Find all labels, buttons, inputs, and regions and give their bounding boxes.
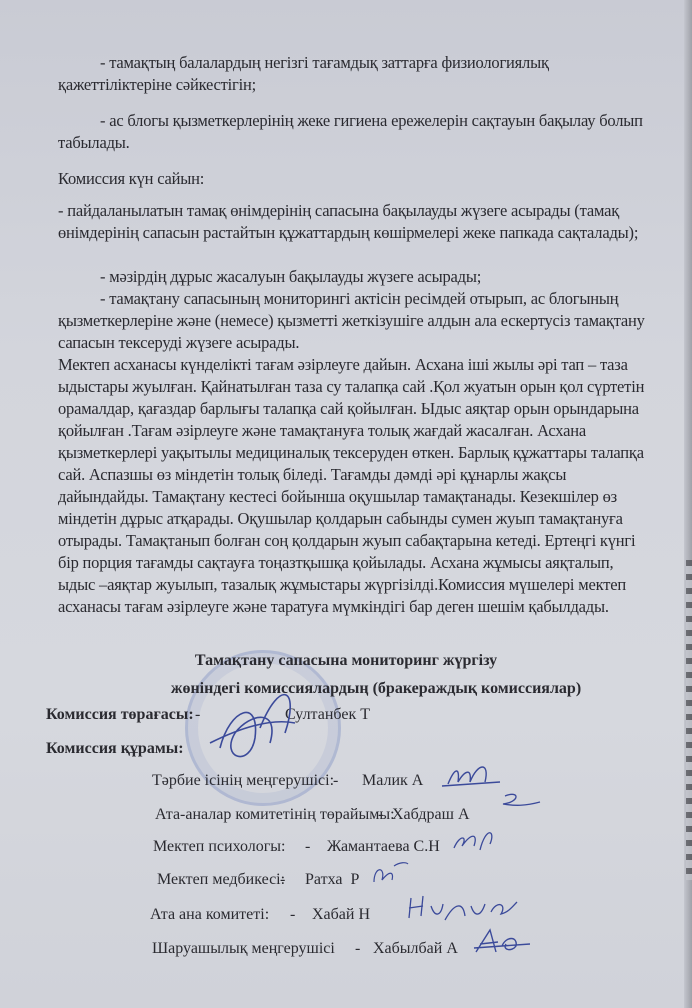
member-name: Хабай Н (312, 906, 370, 924)
member-dash: - (290, 906, 295, 924)
signature-icon (472, 926, 532, 958)
commission-title-line2: жөніндегі комиссиялардың (бракераждық ко… (30, 680, 692, 698)
commission-title-line1: Тамақтану сапасына мониторинг жүргізу (0, 652, 692, 670)
member-dash: - (355, 940, 360, 958)
members-label: Комиссия құрамы: (46, 740, 184, 758)
signature-icon (450, 826, 500, 856)
member-role: Тәрбие ісінің меңгерушісі: (152, 772, 334, 790)
member-name: Хабылбай А (373, 940, 458, 958)
member-role: Мектеп психологы: (153, 838, 285, 856)
bullet-hygiene-rules: - ас блогы қызметкерлерінің жеке гигиена… (58, 110, 658, 154)
signature-icon (440, 762, 510, 792)
member-name: Жамантаева С.Н (327, 838, 440, 856)
member-dash: - (378, 806, 383, 824)
chair-label: Комиссия төрағасы: (46, 706, 194, 724)
document-page: - тамақтың балалардың негізгі тағамдық з… (0, 0, 692, 1008)
signature-icon (495, 790, 545, 820)
member-dash: - (333, 772, 338, 790)
daily-heading: Комиссия күн сайын: (58, 168, 658, 190)
daily-item-product-quality: - пайдаланылатын тамақ өнімдерінің сапас… (58, 200, 658, 244)
main-paragraph: Мектеп асханасы күнделікті тағам әзірлеу… (58, 354, 654, 618)
member-dash: - (305, 838, 310, 856)
member-role: Мектеп медбикесі: (157, 871, 285, 889)
chair-signature-icon (200, 688, 310, 778)
member-role: Ата-аналар комитетінің төрайымы: (155, 806, 395, 824)
daily-item-quality-inspection: - тамақтану сапасының мониторингі актісі… (58, 288, 658, 354)
daily-item-menu-control: - мәзірдің дұрыс жасалуын бақылауды жүзе… (58, 266, 658, 288)
bullet-nutrition-needs: - тамақтың балалардың негізгі тағамдық з… (58, 52, 658, 96)
member-role: Ата ана комитеті: (150, 906, 269, 924)
member-name: Малик А (362, 772, 423, 790)
signature-icon (370, 860, 410, 890)
member-name: Хабдраш А (392, 806, 470, 824)
adjacent-page-text (686, 560, 692, 880)
member-role: Шаруашылық меңгерушісі (152, 940, 335, 958)
member-name: Ратха Р (305, 871, 359, 889)
signature-icon (405, 890, 525, 926)
member-dash: - (280, 871, 285, 889)
